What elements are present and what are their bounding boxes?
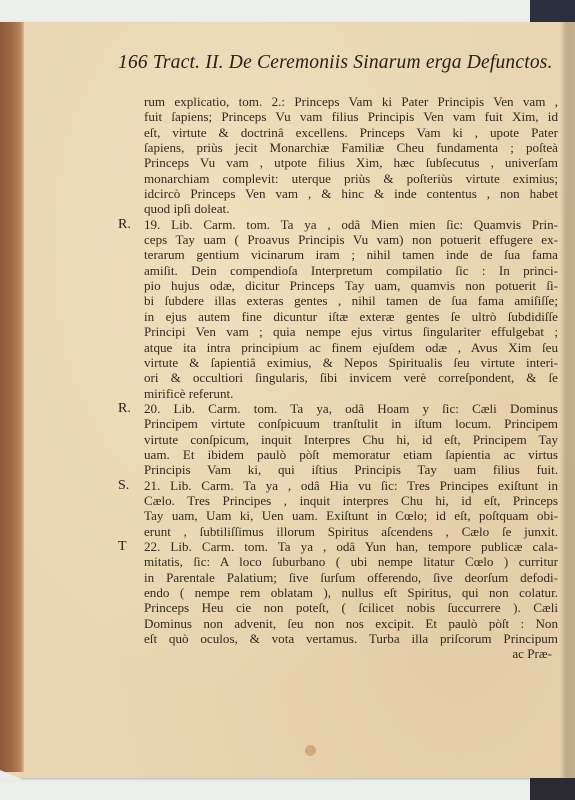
text-line: terarum gentium vicinarum iram ; nihil t… [118, 247, 558, 262]
text-line: in ejus autem fine dicuntur iſtæ exteræ … [118, 309, 558, 324]
paper-stain [305, 745, 316, 756]
text-line: ſapiens, priùs jecit Monarchiæ Familiæ C… [118, 140, 558, 155]
text-line: virtute & ſapientiâ eximius, & Nepos Spi… [118, 355, 558, 370]
text-line: bi ſubdere illas exteras gentes , nihil … [118, 293, 558, 308]
section-marker: S. [118, 478, 129, 493]
text-line: T22. Lib. Carm. tom. Ta ya , odâ Yun han… [118, 539, 558, 554]
section-marker: R. [118, 217, 131, 232]
text-line: eſt quò oculos, & vota vertamus. Turba i… [118, 631, 558, 646]
text-line: R.20. Lib. Carm. tom. Ta ya, odâ Hoam y … [118, 401, 558, 416]
text-line: mitatis, ſic: A loco ſuburbano ( ubi nem… [118, 554, 558, 569]
text-line: ceps Tay uam ( Proavus Principis Vu vam)… [118, 232, 558, 247]
text-line: mirificè referunt. [118, 386, 558, 401]
text-line: Principi Ven vam ; quia nempe ejus virtu… [118, 324, 558, 339]
text-line: endo ( nempe rem oblatam ), nullus eſt S… [118, 585, 558, 600]
page-body: rum explicatio, tom. 2.: Princeps Vam ki… [118, 94, 558, 662]
section-marker: R. [118, 401, 131, 416]
section-marker: T [118, 539, 127, 554]
text-line: pio hujus odæ, dicitur Princeps Tay uam,… [118, 278, 558, 293]
catchword: ac Præ- [118, 646, 558, 661]
text-line: Princeps Heu cie non poteſt, ( ſcilicet … [118, 600, 558, 615]
text-line: Dominus non advenit, ſeu non nos excipit… [118, 616, 558, 631]
text-line: rum explicatio, tom. 2.: Princeps Vam ki… [118, 94, 558, 109]
text-line: ori & occultiori ſingularis, ſibi invice… [118, 370, 558, 385]
text-line: uam. Et ibidem paulò pòſt memoratur etia… [118, 447, 558, 462]
running-head: 166 Tract. II. De Ceremoniis Sinarum erg… [118, 52, 568, 74]
scan-edge-top [530, 0, 575, 22]
text-line: virtute conſpicum, inquit Interpres Chu … [118, 432, 558, 447]
text-line: fuit ſapiens; Princeps Vu vam filius Pri… [118, 109, 558, 124]
book-binding-edge [0, 22, 24, 772]
scan-edge-bottom [530, 778, 575, 800]
text-line: R.19. Lib. Carm. tom. Ta ya , odâ Mien m… [118, 217, 558, 232]
text-line: erunt , ſubtiliſſimus illorum Spiritus a… [118, 524, 558, 539]
text-line: monarchiam complevit: uterque priùs & po… [118, 171, 558, 186]
text-line: Tay uam, Uam ki, Uen uam. Exiſtunt in Cœ… [118, 508, 558, 523]
facing-page-bleed [560, 22, 575, 778]
text-line: quod ipſi doleat. [118, 201, 558, 216]
text-line: Principis Vam ki, qui iſtius Principis T… [118, 462, 558, 477]
text-line: Cælo. Tres Principes , inquit interpres … [118, 493, 558, 508]
text-line: eſt, virtute & doctrinâ excellens. Princ… [118, 125, 558, 140]
text-line: atque ita intra principium ac finem ejuſ… [118, 340, 558, 355]
text-line: idcircò Princeps Ven vam , & hinc & inde… [118, 186, 558, 201]
text-line: Principem virtute conſpicuum tranſtulit … [118, 416, 558, 431]
text-line: Princeps Vu vam , utpote filius Xim, hæc… [118, 155, 558, 170]
text-line: S.21. Lib. Carm. Ta ya , odâ Hia vu ſic:… [118, 478, 558, 493]
text-line: amiſit. Dein compendioſa Interpretum com… [118, 263, 558, 278]
text-line: in Parentale Palatium; ſive ſurſum offer… [118, 570, 558, 585]
